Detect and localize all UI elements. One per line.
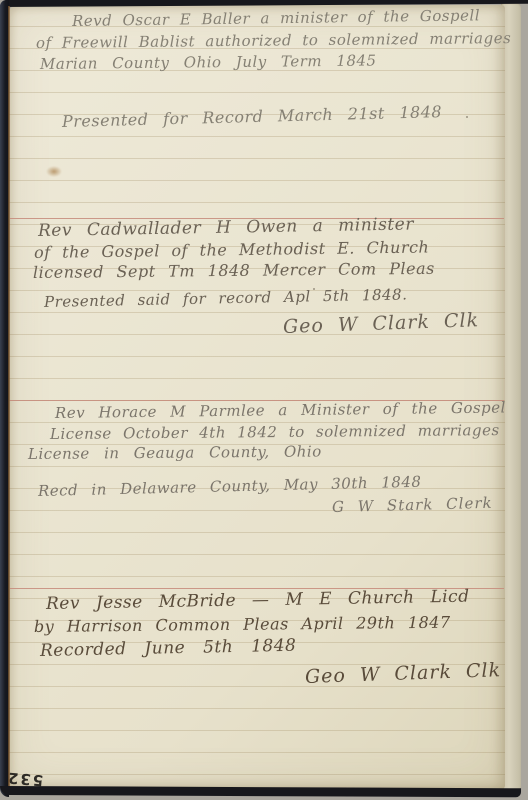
ink-stain — [46, 166, 62, 177]
book-edge-bottom — [0, 786, 521, 797]
entry3-line3: License in Geauga County, Ohio — [28, 442, 322, 463]
entry1-line3: Marian County Ohio July Term 1845 — [40, 51, 377, 73]
binding-brown-line — [8, 6, 10, 788]
scanned-ledger-page: Revd Oscar E Baller a minister of the Go… — [0, 0, 528, 800]
pencil-dot — [466, 116, 468, 118]
